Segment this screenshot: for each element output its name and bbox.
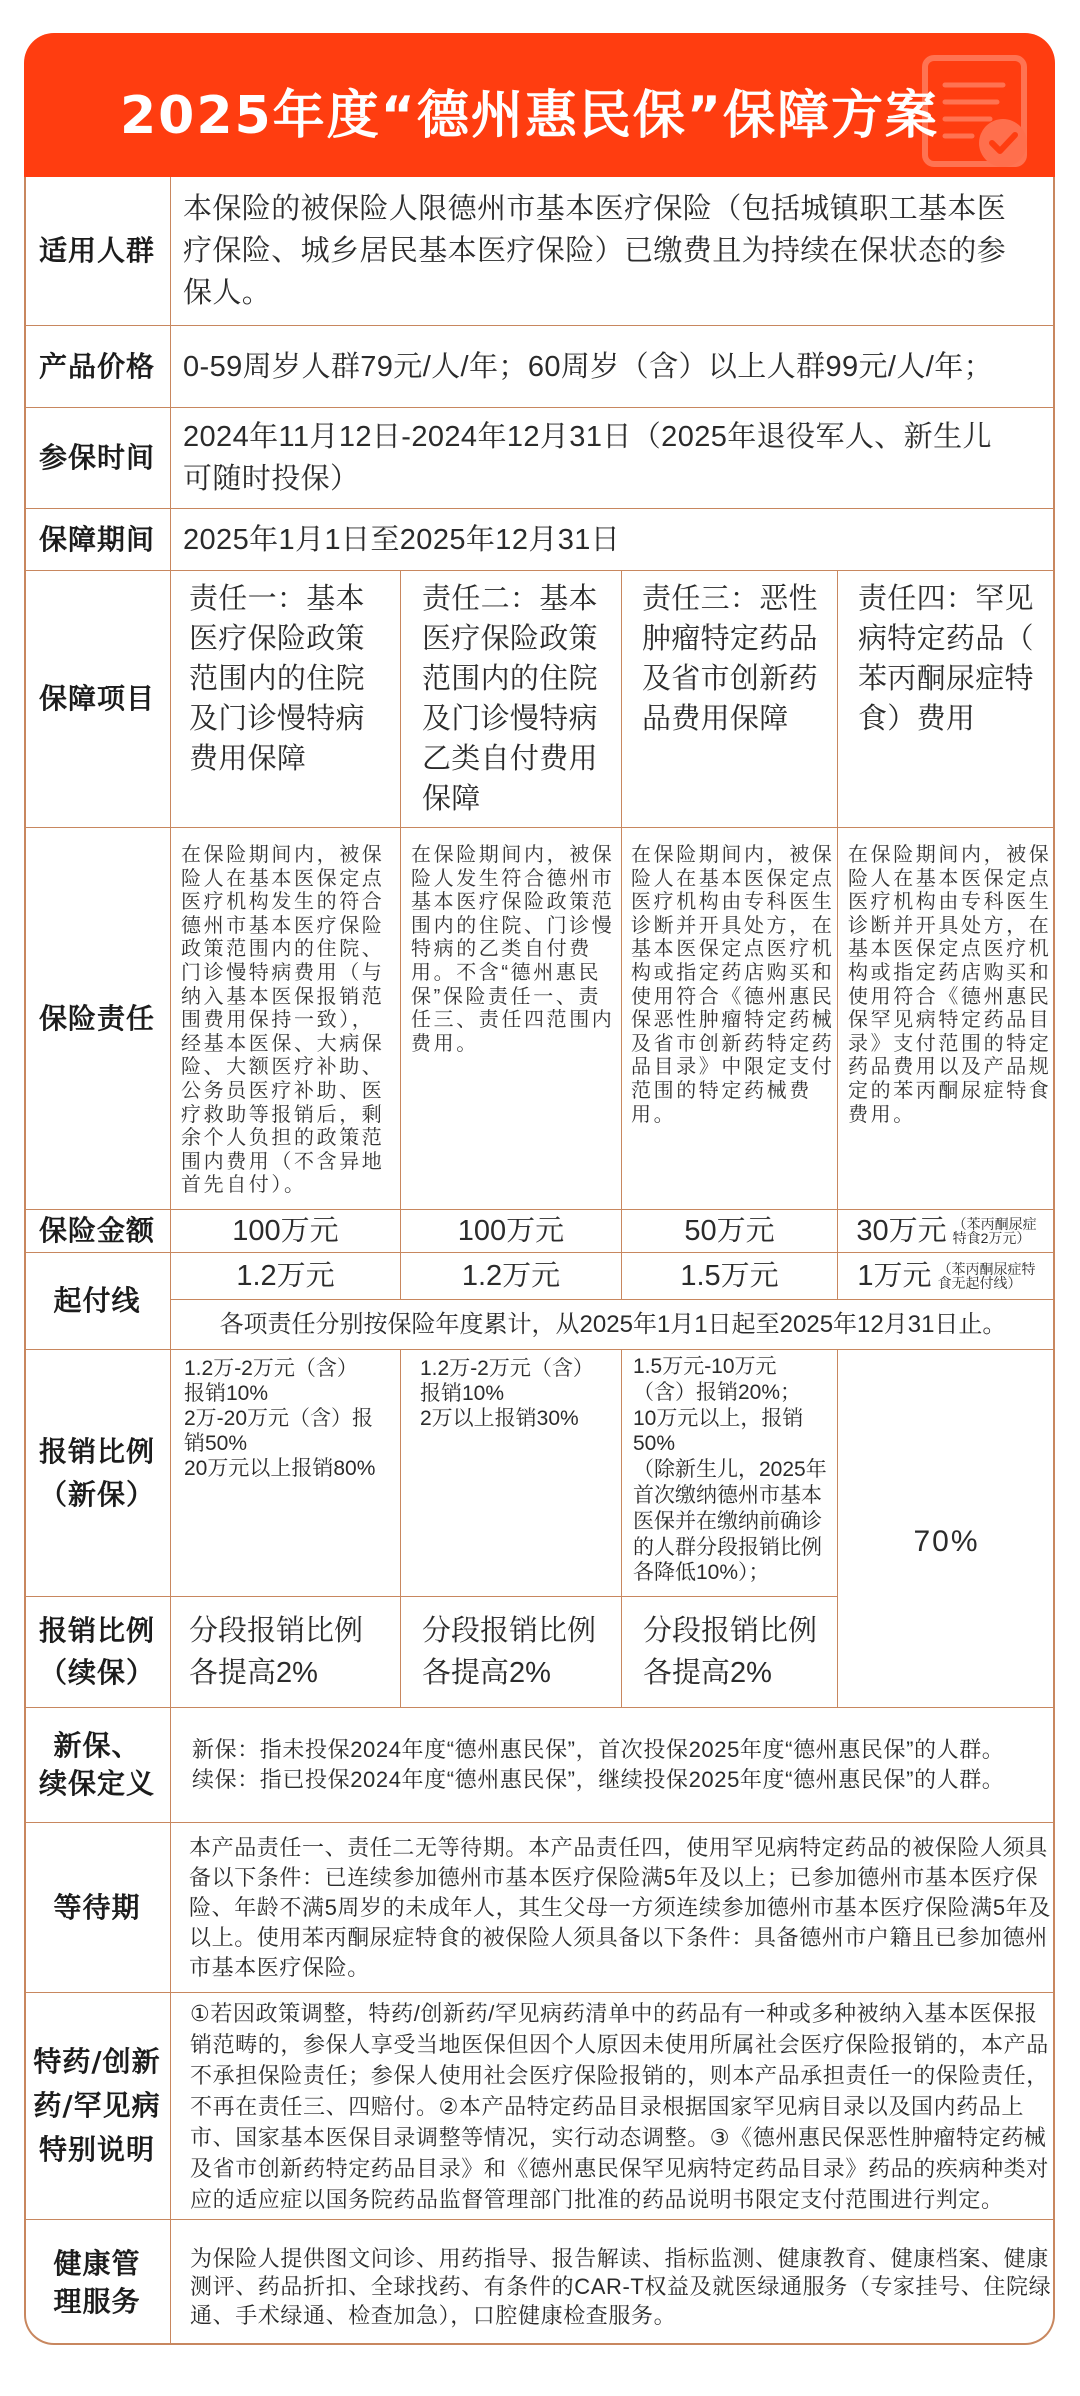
deductible-4: 1万元 （苯丙酮尿症特 食无起付线） xyxy=(838,1253,1055,1300)
deductible-accumulation-note: 各项责任分别按保险年度累计，从2025年1月1日起至2025年12月31日止。 xyxy=(171,1300,1055,1350)
deductible-value: 1万元 xyxy=(857,1256,931,1296)
coverage-item-3: 责任三：恶性 肿瘤特定药品 及省市创新药 品费用保障 xyxy=(622,571,838,828)
deductible-3: 1.5万元 xyxy=(622,1253,838,1300)
sum-insured-note: （苯丙酮尿症 特食2万元） xyxy=(953,1217,1037,1245)
liability-item-4: 在保险期间内，被保 险人在基本医保定点 医疗机构由专科医生 诊断并开具处方，在 … xyxy=(838,828,1055,1210)
deductible-value: 1.2万元 xyxy=(462,1256,560,1296)
sum-insured-3: 50万元 xyxy=(622,1210,838,1253)
sum-insured-1: 100万元 xyxy=(171,1210,401,1253)
health-services-text: 为保险人提供图文问诊、用药指导、报告解读、指标监测、健康教育、健康档案、健康 测… xyxy=(171,2220,1055,2345)
deductible-note: （苯丙酮尿症特 食无起付线） xyxy=(938,1262,1036,1290)
reimbursement-new-1: 1.2万-2万元（含） 报销10% 2万-20万元（含）报 销50% 20万元以… xyxy=(171,1350,401,1597)
row-label-eligible-population: 适用人群 xyxy=(24,177,171,326)
row-label-sum-insured: 保险金额 xyxy=(24,1210,171,1253)
eligible-population-text: 本保险的被保险人限德州市基本医疗保险（包括城镇职工基本医 疗保险、城乡居民基本医… xyxy=(171,177,1055,326)
deductible-1: 1.2万元 xyxy=(171,1253,401,1300)
product-price-text: 0-59周岁人群79元/人/年；60周岁（含）以上人群99元/人/年； xyxy=(171,326,1055,408)
reimbursement-new-2: 1.2万-2万元（含） 报销10% 2万以上报销30% xyxy=(401,1350,622,1597)
row-label-definitions: 新保、 续保定义 xyxy=(24,1708,171,1823)
definitions-text: 新保：指未投保2024年度“德州惠民保”，首次投保2025年度“德州惠民保”的人… xyxy=(171,1708,1055,1823)
sum-insured-value: 50万元 xyxy=(684,1211,774,1251)
coverage-item-1: 责任一：基本 医疗保险政策 范围内的住院 及门诊慢特病 费用保障 xyxy=(171,571,401,828)
coverage-period-text: 2025年1月1日至2025年12月31日 xyxy=(171,509,1055,571)
header-banner: 2025年度“德州惠民保”保障方案 xyxy=(24,33,1055,177)
row-label-deductible: 起付线 xyxy=(24,1253,171,1350)
coverage-item-2: 责任二：基本 医疗保险政策 范围内的住院 及门诊慢特病 乙类自付费用 保障 xyxy=(401,571,622,828)
reimbursement-renewal-1: 分段报销比例 各提高2% xyxy=(171,1597,401,1708)
sum-insured-value: 100万元 xyxy=(232,1211,338,1251)
document-check-icon xyxy=(922,55,1027,167)
reimbursement-renewal-3: 分段报销比例 各提高2% xyxy=(622,1597,838,1708)
page-title: 2025年度“德州惠民保”保障方案 xyxy=(24,33,1055,177)
row-label-reimbursement-new: 报销比例 （新保） xyxy=(24,1350,171,1597)
reimbursement-renewal-2: 分段报销比例 各提高2% xyxy=(401,1597,622,1708)
row-label-coverage-items: 保障项目 xyxy=(24,571,171,828)
liability-item-2: 在保险期间内，被保 险人发生符合德州市 基本医疗保险政策范 围内的住院、门诊慢 … xyxy=(401,828,622,1210)
row-label-liability: 保险责任 xyxy=(24,828,171,1210)
special-notes-text: ①若因政策调整，特药/创新药/罕见病药清单中的药品有一种或多种被纳入基本医保报 … xyxy=(171,1993,1055,2220)
deductible-2: 1.2万元 xyxy=(401,1253,622,1300)
reimbursement-new-3: 1.5万元-10万元 （含）报销20%； 10万元以上，报销 50% （除新生儿… xyxy=(622,1350,838,1597)
deductible-value: 1.2万元 xyxy=(236,1256,334,1296)
sum-insured-2: 100万元 xyxy=(401,1210,622,1253)
row-label-special-notes: 特药/创新 药/罕见病 特别说明 xyxy=(24,1993,171,2220)
sum-insured-value: 100万元 xyxy=(458,1211,564,1251)
coverage-item-4: 责任四：罕见 病特定药品（ 苯丙酮尿症特 食）费用 xyxy=(838,571,1055,828)
row-label-health-services: 健康管 理服务 xyxy=(24,2220,171,2345)
row-label-enrollment-period: 参保时间 xyxy=(24,408,171,509)
waiting-period-text: 本产品责任一、责任二无等待期。本产品责任四，使用罕见病特定药品的被保险人须具 备… xyxy=(171,1823,1055,1993)
enrollment-period-text: 2024年11月12日-2024年12月31日（2025年退役军人、新生儿 可随… xyxy=(171,408,1055,509)
row-label-coverage-period: 保障期间 xyxy=(24,509,171,571)
liability-item-1: 在保险期间内，被保 险人在基本医保定点 医疗机构发生的符合 德州市基本医疗保险 … xyxy=(171,828,401,1210)
row-label-product-price: 产品价格 xyxy=(24,326,171,408)
reimbursement-rate-4-shared: 70% xyxy=(838,1350,1055,1708)
sum-insured-value: 30万元 xyxy=(856,1211,946,1251)
sum-insured-4: 30万元 （苯丙酮尿症 特食2万元） xyxy=(838,1210,1055,1253)
deductible-value: 1.5万元 xyxy=(680,1256,778,1296)
liability-item-3: 在保险期间内，被保 险人在基本医保定点 医疗机构由专科医生 诊断并开具处方，在 … xyxy=(622,828,838,1210)
row-label-reimbursement-renewal: 报销比例 （续保） xyxy=(24,1597,171,1708)
row-label-waiting-period: 等待期 xyxy=(24,1823,171,1993)
insurance-plan-page: 2025年度“德州惠民保”保障方案 适用人群 本保险的被保险人限德州市基本医疗保… xyxy=(0,0,1080,2396)
